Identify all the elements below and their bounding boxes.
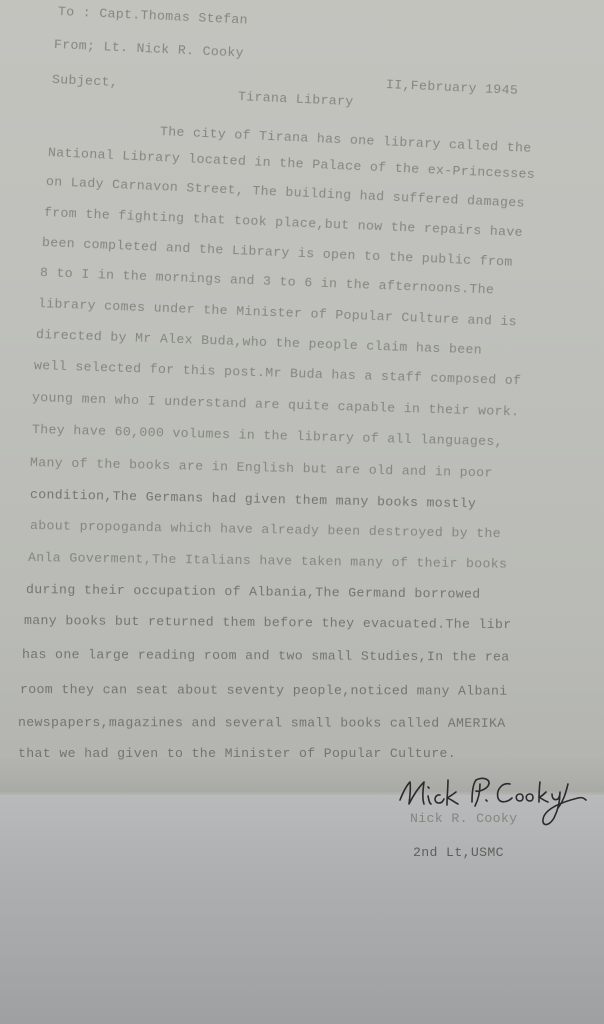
- signature-rank: 2nd Lt,USMC: [413, 845, 504, 860]
- body-line: newspapers,magazines and several small b…: [18, 715, 506, 731]
- body-line: room they can seat about seventy people,…: [20, 682, 508, 699]
- memo-subject-label: Subject,: [52, 72, 119, 90]
- body-line: that we had given to the Minister of Pop…: [18, 746, 456, 761]
- signature-typed-name: Nick R. Cooky: [410, 811, 517, 826]
- body-line: has one large reading room and two small…: [22, 647, 510, 665]
